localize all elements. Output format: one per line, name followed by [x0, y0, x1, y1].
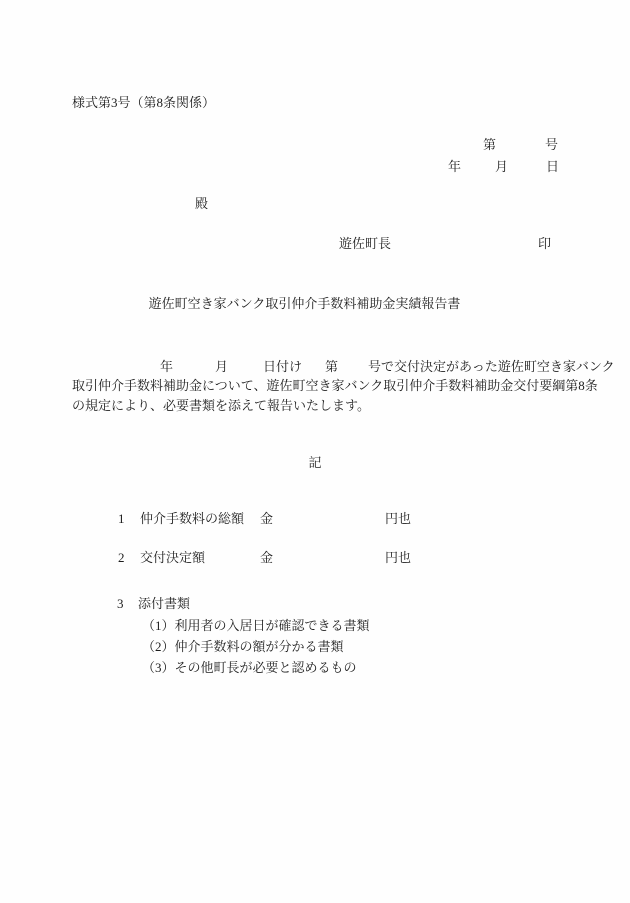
attachment-item-3: （3）その他町長が必要と認めるもの — [142, 660, 357, 676]
item-2-number: 2 — [118, 550, 125, 566]
doc-number-prefix: 第 — [483, 137, 496, 153]
body-line-2: 取引仲介手数料補助金について、遊佐町空き家バンク取引仲介手数料補助金交付要綱第8… — [72, 378, 598, 394]
attachment-item-2: （2）仲介手数料の額が分かる書類 — [142, 639, 344, 655]
blank-number-prefix: 第 — [325, 359, 338, 375]
record-marker: 記 — [0, 455, 630, 471]
item-2-label: 交付決定額 — [140, 550, 205, 566]
document-title: 遊佐町空き家バンク取引仲介手数料補助金実績報告書 — [0, 296, 609, 312]
body-line-1-text: 号で交付決定があった遊佐町空き家バンク — [368, 359, 615, 375]
date-year-label: 年 — [448, 159, 461, 175]
item-2-amount-prefix: 金 — [260, 550, 273, 566]
item-1-amount-suffix: 円也 — [385, 511, 411, 527]
form-number: 様式第3号（第8条関係） — [72, 95, 215, 111]
date-day-label: 日 — [546, 159, 559, 175]
item-1-number: 1 — [118, 511, 125, 527]
doc-number-suffix: 号 — [545, 137, 558, 153]
document-page: 様式第3号（第8条関係） 第 号 年 月 日 殿 遊佐町長 印 遊佐町空き家バン… — [0, 0, 630, 903]
item-1-label: 仲介手数料の総額 — [140, 511, 244, 527]
item-3-label: 添付書類 — [138, 596, 190, 612]
item-2-amount-suffix: 円也 — [385, 550, 411, 566]
addressee-honorific: 殿 — [195, 196, 208, 212]
attachment-item-1: （1）利用者の入居日が確認できる書類 — [142, 618, 370, 634]
blank-month-label: 月 — [215, 359, 228, 375]
sender-seal-mark: 印 — [538, 236, 551, 252]
body-line-3: の規定により、必要書類を添えて報告いたします。 — [72, 398, 370, 414]
blank-year-label: 年 — [160, 359, 173, 375]
sender-name: 遊佐町長 — [339, 236, 391, 252]
date-month-label: 月 — [495, 159, 508, 175]
item-3-number: 3 — [117, 596, 124, 612]
item-1-amount-prefix: 金 — [260, 511, 273, 527]
blank-day-label: 日付け — [263, 359, 302, 375]
